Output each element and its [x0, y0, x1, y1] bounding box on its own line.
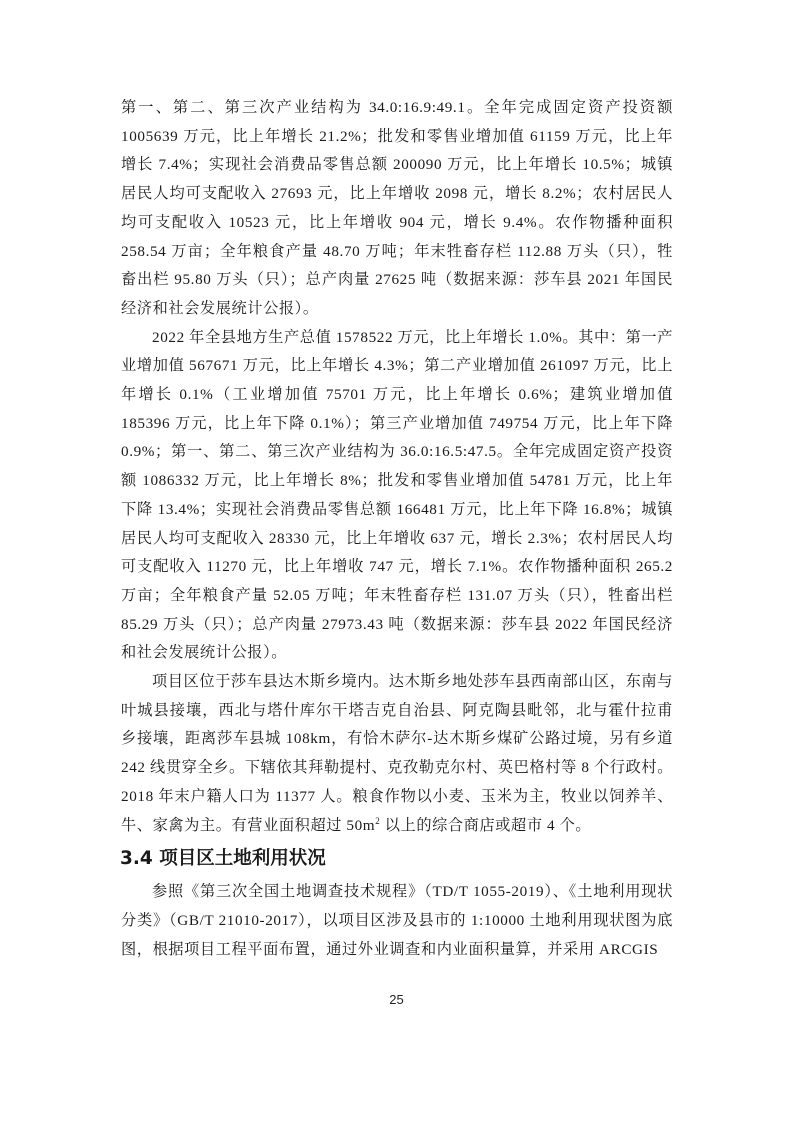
section-heading: 3.4 项目区土地利用状况: [120, 840, 673, 878]
paragraph-text: 项目区位于莎车县达木斯乡境内。达木斯乡地处莎车县西南部山区，东南与叶城县接壤，西…: [121, 673, 673, 834]
document-page: 第一、第二、第三次产业结构为 34.0:16.9:49.1。全年完成固定资产投资…: [121, 94, 673, 964]
paragraph-project-location: 项目区位于莎车县达木斯乡境内。达木斯乡地处莎车县西南部山区，东南与叶城县接壤，西…: [121, 668, 673, 840]
page-number: 25: [0, 992, 793, 1007]
paragraph-2021-economy-continued: 第一、第二、第三次产业结构为 34.0:16.9:49.1。全年完成固定资产投资…: [121, 94, 673, 324]
paragraph-2022-economy: 2022 年全县地方生产总值 1578522 万元，比上年增长 1.0%。其中：…: [121, 324, 673, 668]
paragraph-text-end: 以上的综合商店或超市 4 个。: [380, 817, 591, 834]
paragraph-land-use-method: 参照《第三次全国土地调查技术规程》（TD/T 1055-2019）、《土地利用现…: [121, 878, 673, 964]
